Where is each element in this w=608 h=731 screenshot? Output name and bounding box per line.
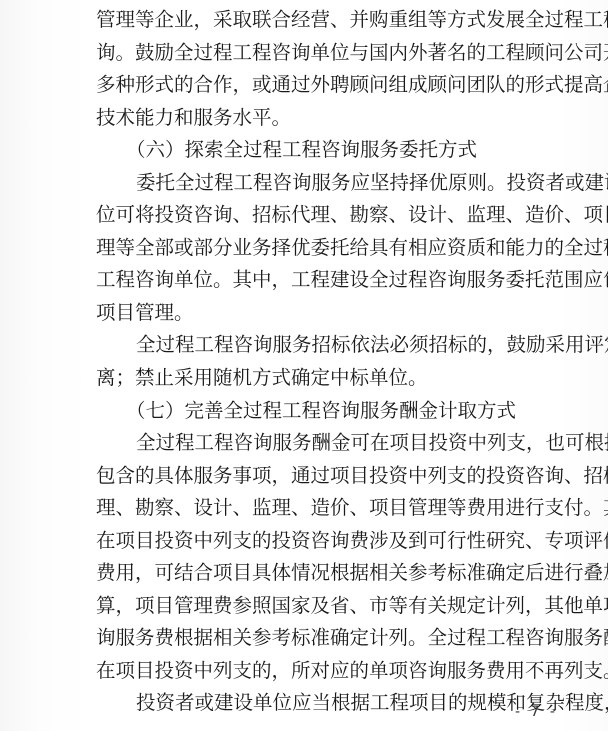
text-line: 全过程工程咨询服务招标依法必须招标的，鼓励采用评定分 <box>96 329 558 362</box>
text-line: 多种形式的合作，或通过外聘顾问组成顾问团队的形式提高企业 <box>96 69 558 102</box>
body-text: 管理等企业，采取联合经营、并购重组等方式发展全过程工程咨 询。鼓励全过程工程咨询… <box>96 4 558 720</box>
text-line: 包含的具体服务事项，通过项目投资中列支的投资咨询、招标代 <box>96 460 558 493</box>
page-number: - 7 - <box>515 704 558 720</box>
text-line: 管理等企业，采取联合经营、并购重组等方式发展全过程工程咨 <box>96 4 558 37</box>
text-line: 理等全部或部分业务择优委托给具有相应资质和能力的全过程 <box>96 232 558 265</box>
text-line: 在项目投资中列支的，所对应的单项咨询服务费用不再列支。 <box>96 655 558 688</box>
text-line: 询服务费根据相关参考标准确定计列。全过程工程咨询服务酬金 <box>96 622 558 655</box>
text-line: 在项目投资中列支的投资咨询费涉及到可行性研究、专项评价等 <box>96 525 558 558</box>
section-heading-7: （七）完善全过程工程咨询服务酬金计取方式 <box>96 395 558 428</box>
text-line: 理、勘察、设计、监理、造价、项目管理等费用进行支付。其中， <box>96 492 558 525</box>
text-line: 技术能力和服务水平。 <box>96 102 558 135</box>
document-page: 管理等企业，采取联合经营、并购重组等方式发展全过程工程咨 询。鼓励全过程工程咨询… <box>0 0 608 731</box>
text-line: 费用，可结合项目具体情况根据相关参考标准确定后进行叠加计 <box>96 557 558 590</box>
text-line: 询。鼓励全过程工程咨询单位与国内外著名的工程顾问公司开展 <box>96 37 558 70</box>
text-line: 项目管理。 <box>96 297 558 330</box>
text-line: 全过程工程咨询服务酬金可在项目投资中列支，也可根据所 <box>96 427 558 460</box>
text-line: 位可将投资咨询、招标代理、勘察、设计、监理、造价、项目管 <box>96 199 558 232</box>
section-heading-6: （六）探索全过程工程咨询服务委托方式 <box>96 134 558 167</box>
text-line: 算，项目管理费参照国家及省、市等有关规定计列，其他单项咨 <box>96 590 558 623</box>
text-line: 委托全过程工程咨询服务应坚持择优原则。投资者或建设单 <box>96 167 558 200</box>
text-line: 离；禁止采用随机方式确定中标单位。 <box>96 362 558 395</box>
text-line: 工程咨询单位。其中，工程建设全过程咨询服务委托范围应包括 <box>96 264 558 297</box>
text-line: 投资者或建设单位应当根据工程项目的规模和复杂程度，咨 <box>96 687 558 720</box>
